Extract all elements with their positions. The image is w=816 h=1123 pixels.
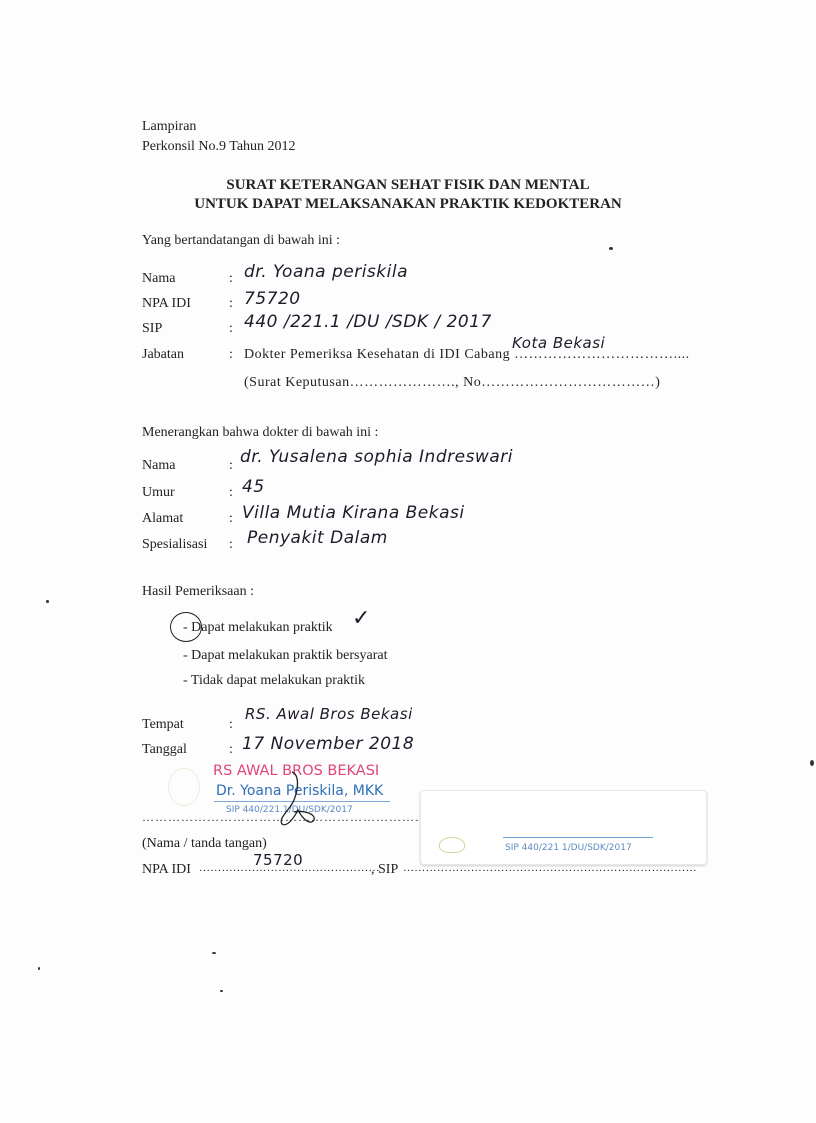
examiner-sip-value: 440 /221.1 /DU /SDK / 2017 bbox=[244, 312, 492, 332]
sticker-logo-icon bbox=[439, 837, 465, 853]
subject-intro: Menerangkan bahwa dokter di bawah ini : bbox=[142, 425, 378, 441]
subject-address-label: Alamat bbox=[142, 511, 183, 527]
result-option-conditional[interactable]: - Dapat melakukan praktik bersyarat bbox=[183, 648, 387, 664]
examiner-name-value: dr. Yoana periskila bbox=[244, 262, 408, 282]
subject-specialty-label: Spesialisasi bbox=[142, 537, 207, 553]
regulation-reference: Perkonsil No.9 Tahun 2012 bbox=[142, 139, 296, 155]
colon: : bbox=[229, 742, 233, 758]
colon: : bbox=[229, 347, 233, 363]
subject-specialty-value: Penyakit Dalam bbox=[247, 528, 388, 548]
scan-speck bbox=[220, 990, 223, 992]
scan-speck bbox=[609, 247, 613, 250]
subject-age-label: Umur bbox=[142, 485, 175, 501]
signature-dotted-line: ……………………………………………………………… bbox=[142, 810, 454, 825]
check-mark-icon: ✓ bbox=[352, 606, 371, 631]
footer-sip-label: , SIP bbox=[371, 862, 398, 878]
scan-speck bbox=[810, 760, 814, 766]
colon: : bbox=[229, 717, 233, 733]
examiner-npa-value: 75720 bbox=[244, 289, 301, 309]
colon: : bbox=[229, 458, 233, 474]
colon: : bbox=[229, 271, 233, 287]
colon: : bbox=[229, 321, 233, 337]
sticker-divider bbox=[503, 837, 653, 838]
scan-speck bbox=[38, 967, 40, 970]
attachment-label: Lampiran bbox=[142, 119, 196, 135]
examiner-sip-label: SIP bbox=[142, 321, 162, 337]
date-value: 17 November 2018 bbox=[242, 734, 414, 754]
examiner-position-label: Jabatan bbox=[142, 347, 184, 363]
document-title-line1: SURAT KETERANGAN SEHAT FISIK DAN MENTAL bbox=[0, 177, 816, 194]
stamp-sticker: SIP 440/221 1/DU/SDK/2017 bbox=[420, 790, 707, 865]
colon: : bbox=[229, 296, 233, 312]
place-value: RS. Awal Bros Bekasi bbox=[245, 705, 413, 723]
signature-caption: (Nama / tanda tangan) bbox=[142, 836, 267, 852]
colon: : bbox=[229, 537, 233, 553]
colon: : bbox=[229, 511, 233, 527]
examiner-position-value: Dokter Pemeriksa Kesehatan di IDI Cabang… bbox=[244, 347, 690, 363]
sticker-sip: SIP 440/221 1/DU/SDK/2017 bbox=[505, 843, 632, 853]
document-title-line2: UNTUK DAPAT MELAKSANAKAN PRAKTIK KEDOKTE… bbox=[0, 196, 816, 213]
footer-npa-value: 75720 bbox=[253, 851, 303, 869]
stamp-logo-icon bbox=[168, 768, 200, 806]
result-heading: Hasil Pemeriksaan : bbox=[142, 584, 254, 600]
subject-age-value: 45 bbox=[242, 477, 265, 497]
footer-npa-label: NPA IDI bbox=[142, 862, 191, 878]
result-option-unfit[interactable]: - Tidak dapat melakukan praktik bbox=[183, 673, 365, 689]
examiner-npa-label: NPA IDI bbox=[142, 296, 191, 312]
scan-speck bbox=[212, 952, 216, 954]
branch-handwritten: Kota Bekasi bbox=[512, 334, 605, 352]
place-label: Tempat bbox=[142, 717, 184, 733]
footer-sip-dots: …………………………………………………………………… bbox=[403, 862, 697, 874]
date-label: Tanggal bbox=[142, 742, 187, 758]
examiner-name-label: Nama bbox=[142, 271, 175, 287]
result-option-fit[interactable]: - Dapat melakukan praktik bbox=[183, 620, 333, 636]
colon: : bbox=[229, 485, 233, 501]
subject-name-value: dr. Yusalena sophia Indreswari bbox=[240, 447, 513, 467]
scan-speck bbox=[46, 600, 49, 603]
decree-line: (Surat Keputusan…………………., No………………………………… bbox=[244, 375, 660, 391]
subject-address-value: Villa Mutia Kirana Bekasi bbox=[242, 503, 465, 523]
examiner-intro: Yang bertandatangan di bawah ini : bbox=[142, 233, 340, 249]
subject-name-label: Nama bbox=[142, 458, 175, 474]
